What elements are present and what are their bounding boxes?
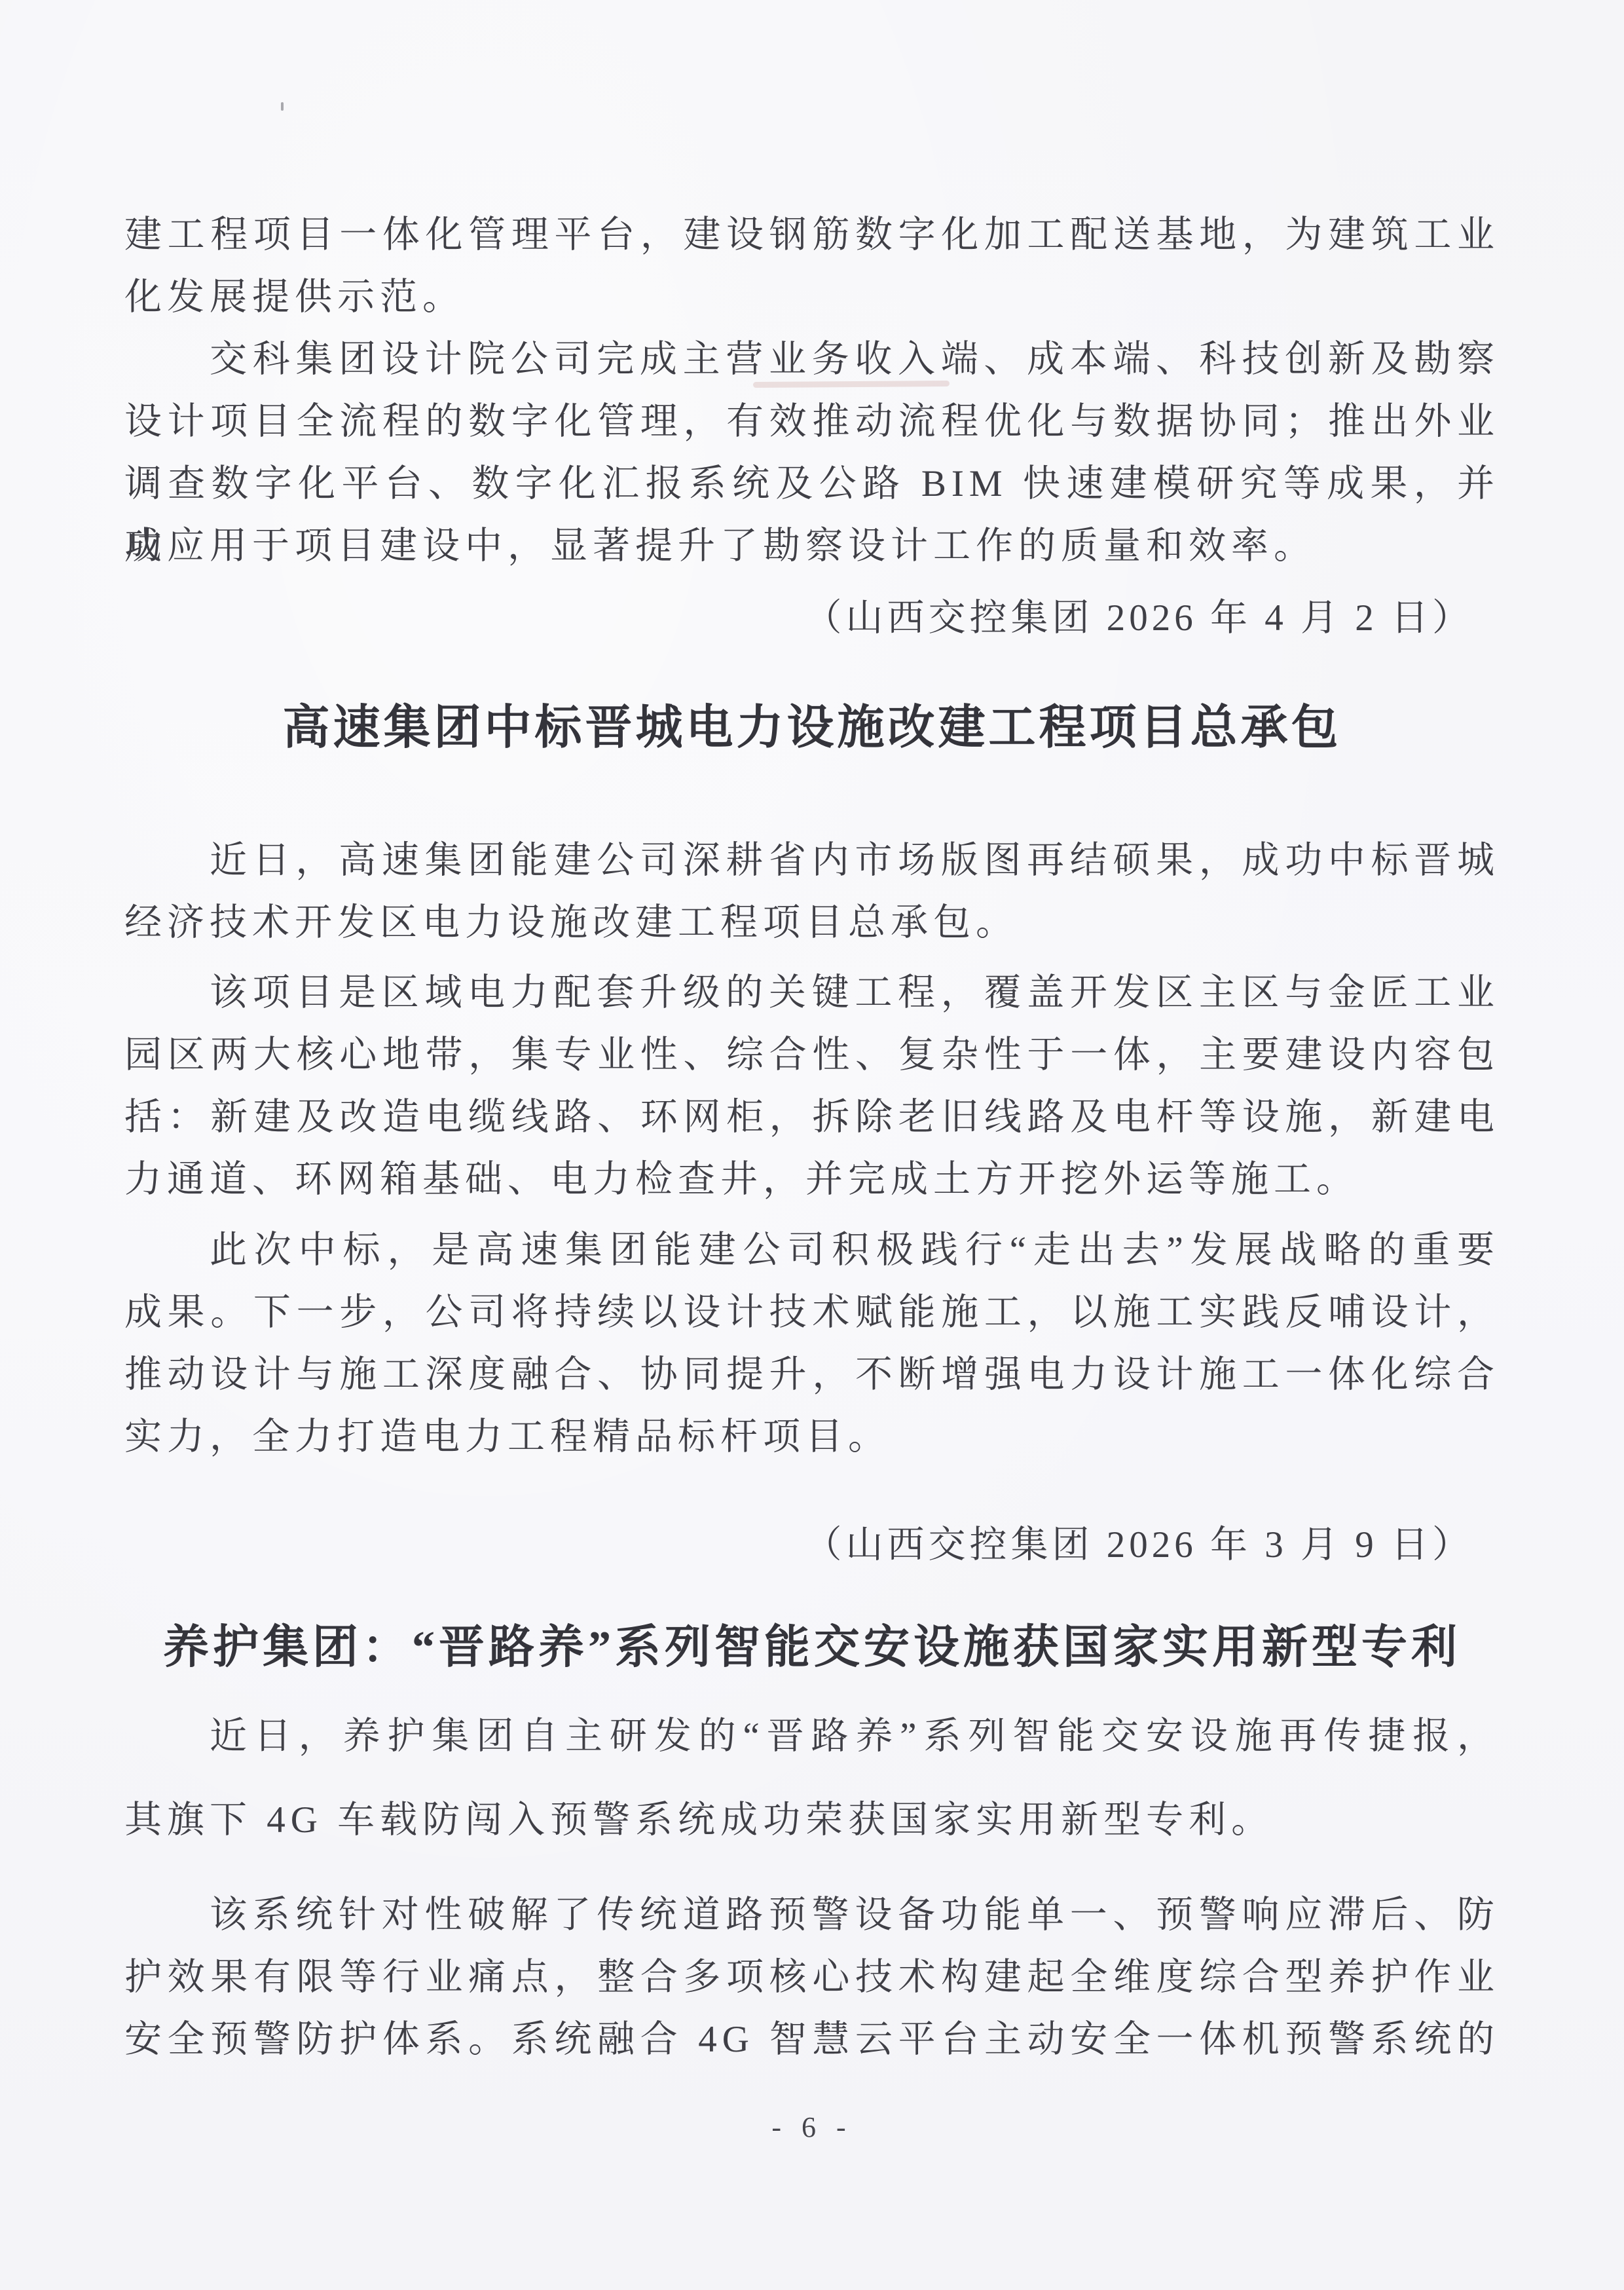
body-line: 经济技术开发区电力设施改建工程项目总承包。 — [124, 892, 1500, 954]
attribution-line: （山西交控集团 2026 年 3 月 9 日） — [124, 1514, 1500, 1576]
body-line: 此次中标，是高速集团能建公司积极践行“走出去”发展战略的重要 — [124, 1219, 1500, 1281]
body-line: 园区两大核心地带，集专业性、综合性、复杂性于一体，主要建设内容包 — [124, 1024, 1500, 1086]
body-line: 该系统针对性破解了传统道路预警设备功能单一、预警响应滞后、防 — [124, 1884, 1500, 1946]
body-line: 功应用于项目建设中，显著提升了勘察设计工作的质量和效率。 — [124, 515, 1500, 577]
body-line: 护效果有限等行业痛点，整合多项核心技术构建起全维度综合型养护作业 — [124, 1946, 1500, 2008]
attribution-line: （山西交控集团 2026 年 4 月 2 日） — [124, 587, 1500, 649]
body-line: 安全预警防护体系。系统融合 4G 智慧云平台主动安全一体机预警系统的 — [124, 2008, 1500, 2071]
body-line: 近日，高速集团能建公司深耕省内市场版图再结硕果，成功中标晋城 — [124, 829, 1500, 892]
body-line: 化发展提供示范。 — [124, 266, 1500, 328]
body-line: 其旗下 4G 车载防闯入预警系统成功荣获国家实用新型专利。 — [124, 1789, 1500, 1851]
article-3-title: 养护集团：“晋路养”系列智能交安设施获国家实用新型专利 — [124, 1612, 1500, 1684]
article-2-section: 高速集团中标晋城电力设施改建工程项目总承包 近日，高速集团能建公司深耕省内市场版… — [124, 692, 1500, 1576]
body-line: 实力，全力打造电力工程精品标杆项目。 — [124, 1406, 1500, 1468]
scanned-document-page: 建工程项目一体化管理平台，建设钢筋数字化加工配送基地，为建筑工业 化发展提供示范… — [0, 0, 1624, 2290]
body-line: 成果。下一步，公司将持续以设计技术赋能施工，以施工实践反哺设计， — [124, 1281, 1500, 1343]
article-3-section: 养护集团：“晋路养”系列智能交安设施获国家实用新型专利 近日，养护集团自主研发的… — [124, 1612, 1500, 2071]
article-continuation-section: 建工程项目一体化管理平台，建设钢筋数字化加工配送基地，为建筑工业 化发展提供示范… — [124, 204, 1500, 649]
body-line: 近日，养护集团自主研发的“晋路养”系列智能交安设施再传捷报， — [124, 1705, 1500, 1767]
body-line: 调查数字化平台、数字化汇报系统及公路 BIM 快速建模研究等成果，并成 — [124, 453, 1500, 515]
body-line: 力通道、环网箱基础、电力检查井，并完成土方开挖外运等施工。 — [124, 1148, 1500, 1211]
body-line: 该项目是区域电力配套升级的关键工程，覆盖开发区主区与金匠工业 — [124, 962, 1500, 1024]
page-number: - 6 - — [124, 2108, 1500, 2147]
body-line: 括：新建及改造电缆线路、环网柜，拆除老旧线路及电杆等设施，新建电 — [124, 1086, 1500, 1148]
scan-speck-artifact — [281, 102, 284, 111]
body-line: 推动设计与施工深度融合、协同提升，不断增强电力设计施工一体化综合 — [124, 1343, 1500, 1406]
body-line: 设计项目全流程的数字化管理，有效推动流程优化与数据协同；推出外业 — [124, 390, 1500, 453]
article-2-title: 高速集团中标晋城电力设施改建工程项目总承包 — [124, 692, 1500, 764]
body-line: 建工程项目一体化管理平台，建设钢筋数字化加工配送基地，为建筑工业 — [124, 204, 1500, 266]
